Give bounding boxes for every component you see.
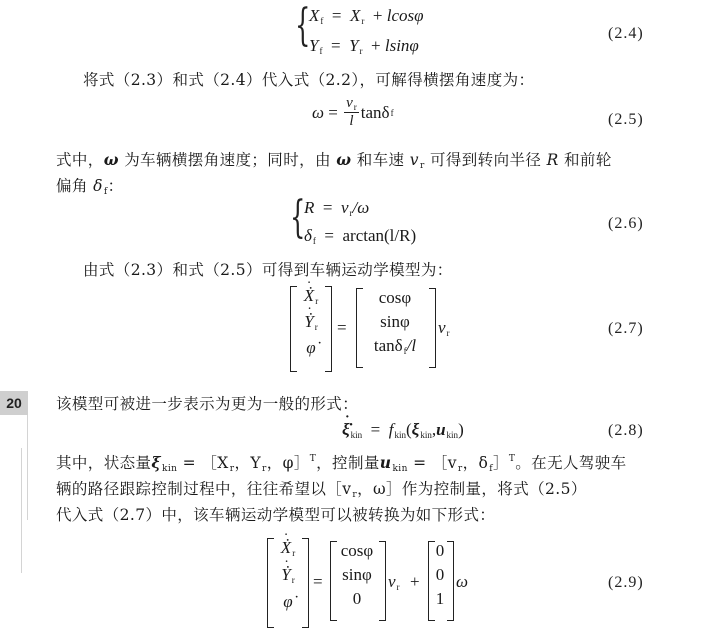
sub: r: [292, 575, 295, 585]
sub: kin: [162, 464, 177, 474]
text: 和前轮: [564, 151, 612, 169]
sub: r: [315, 296, 318, 306]
margin-line: [21, 448, 22, 573]
sub: kin: [351, 430, 363, 440]
xi: ξ: [412, 420, 420, 439]
sub: r: [354, 102, 357, 112]
y-dot: Ẏ: [304, 312, 313, 331]
sub: r: [361, 16, 364, 26]
equals: =: [331, 36, 341, 55]
right-bracket: [302, 538, 309, 628]
state-vector: Ẋr Ẏr φ̇: [273, 538, 303, 612]
eq-2-8: ξ̇kin = fkin(ξkin,ukin): [342, 420, 464, 440]
plus: +: [373, 6, 383, 25]
right-bracket: [379, 541, 386, 621]
paragraph-text: 代入式（2.7）中，该车辆运动学模型可以被转换为如下形式：: [56, 503, 495, 525]
paragraph-text: 将式（2.3）和式（2.4）代入式（2.2），可解得横摆角速度为：: [83, 68, 534, 90]
var: δ: [93, 177, 103, 195]
paragraph-text: 辆的路径跟踪控制过程中，往往希望以［vr，ω］作为控制量，将式（2.5）: [56, 477, 587, 500]
sub: f: [391, 108, 394, 118]
equation-number: (2.4): [608, 25, 644, 43]
text: ：: [108, 177, 124, 195]
sub: r: [420, 161, 425, 171]
one: 1: [436, 589, 445, 609]
text: ，ω］作为控制量，将式（2.5）: [357, 480, 587, 498]
paragraph-text: 偏角 δf：: [56, 174, 124, 197]
text: ，δ: [463, 454, 489, 472]
text: ，Y: [234, 454, 261, 472]
y-dot: Ẏ: [281, 565, 290, 584]
var: v: [438, 318, 446, 337]
sub: r: [292, 548, 295, 558]
text: 式中，: [56, 151, 104, 169]
text: ］: [493, 454, 509, 472]
var: δ: [304, 226, 312, 245]
cos-term: cosφ: [379, 288, 411, 308]
sub: r: [360, 46, 363, 56]
margin-line: [27, 415, 28, 520]
page-number-tab: 20: [0, 391, 28, 415]
zero: 0: [436, 541, 445, 561]
equals: =: [337, 318, 347, 338]
omega: ω: [104, 150, 119, 169]
equals: =: [323, 198, 333, 217]
sin-term: sinφ: [380, 312, 410, 332]
right-bracket: [325, 286, 332, 372]
sub: r: [315, 322, 318, 332]
paragraph-text: 其中，状态量ξkin = ［Xr，Yr，φ］T，控制量ukin = ［vr，δf…: [56, 451, 627, 474]
text: ，φ］: [267, 454, 310, 472]
sub: r: [447, 328, 450, 338]
eq-2-4-line1: Xf = Xr + lcosφ: [309, 6, 424, 26]
phi-dot: φ̇: [283, 592, 292, 612]
term: /l: [407, 336, 416, 355]
equation-number: (2.5): [608, 111, 644, 129]
tan-term: tanδ: [361, 103, 390, 123]
equals: =: [324, 226, 334, 245]
var: v: [388, 572, 396, 591]
sub: f: [320, 16, 323, 26]
var: Y: [309, 36, 318, 55]
var: Y: [349, 36, 358, 55]
equals: =: [371, 420, 381, 439]
fraction: vr l: [344, 96, 359, 130]
eq-2-6-line2: δf = arctan(l/R): [304, 226, 416, 246]
eq-2-4-line2: Yf = Yr + lsinφ: [309, 36, 419, 56]
text: ，控制量: [316, 454, 380, 472]
var: R: [547, 151, 559, 169]
zero: 0: [353, 589, 362, 609]
rhs-vector: cosφ sinφ tanδf/l: [360, 288, 430, 356]
paragraph-text: 式中，ω 为车辆横摆角速度；同时，由 ω 和车速 vr 可得到转向半径 R 和前…: [56, 148, 612, 171]
text: 为车辆横摆角速度；同时，由: [124, 151, 331, 169]
term: /ω: [353, 198, 370, 217]
text: 。在无人驾驶车: [515, 454, 626, 472]
sub: kin: [420, 430, 432, 440]
phi-dot: φ̇: [306, 338, 315, 358]
var: v: [341, 198, 349, 217]
right-bracket: [429, 288, 436, 368]
paragraph-text: 该模型可被进一步表示为更为一般的形式：: [56, 392, 358, 414]
right-bracket: [447, 541, 454, 621]
equation-number: (2.8): [608, 422, 644, 440]
text: = ［v: [408, 454, 457, 472]
tan-term: tanδ: [374, 336, 403, 355]
var: X: [350, 6, 360, 25]
omega: ω: [312, 103, 324, 123]
text: 辆的路径跟踪控制过程中，往往希望以［v: [56, 480, 351, 498]
var: v: [410, 151, 419, 169]
paragraph-text: 由式（2.3）和式（2.5）可得到车辆运动学模型为：: [83, 258, 453, 280]
text: 可得到转向半径: [430, 151, 541, 169]
equation-number: (2.7): [608, 320, 644, 338]
document-page: { Xf = Xr + lcosφ Yf = Yr + lsinφ (2.4) …: [0, 0, 719, 635]
sub: r: [397, 582, 400, 592]
sub: f: [319, 46, 322, 56]
rhs-vector-1: cosφ sinφ 0: [334, 541, 380, 609]
sin-term: sinφ: [342, 565, 372, 585]
term: lcosφ: [387, 6, 424, 25]
denominator: l: [349, 113, 353, 130]
xi-dot: ξ̇: [342, 420, 350, 439]
velocity: vr: [388, 572, 400, 592]
velocity: vr: [438, 318, 450, 338]
equals: =: [332, 6, 342, 25]
term: lsinφ: [385, 36, 419, 55]
omega: ω: [456, 572, 468, 592]
eq-2-6-line1: R = vr/ω: [304, 198, 369, 218]
u: u: [436, 420, 445, 439]
text: 其中，状态量: [56, 454, 151, 472]
equals: =: [328, 103, 338, 123]
sub: kin: [394, 430, 406, 440]
omega: ω: [336, 150, 351, 169]
equals: =: [313, 572, 323, 592]
cos-term: cosφ: [341, 541, 373, 561]
u: u: [380, 453, 392, 472]
equation-number: (2.9): [608, 574, 644, 592]
xi: ξ: [151, 453, 161, 472]
text: 偏角: [56, 177, 88, 195]
sub: kin: [447, 430, 459, 440]
term: arctan(l/R): [343, 226, 417, 245]
func: f: [389, 420, 394, 439]
numerator: v: [346, 95, 353, 111]
equation-number: (2.6): [608, 215, 644, 233]
var: R: [304, 198, 314, 217]
zero: 0: [436, 565, 445, 585]
rhs-vector-2: 0 0 1: [432, 541, 448, 609]
plus: +: [371, 36, 381, 55]
text: = ［X: [177, 454, 228, 472]
var: X: [309, 6, 319, 25]
sub: kin: [392, 464, 407, 474]
eq-2-5: ω = vr l tanδf: [312, 96, 394, 130]
text: 和车速: [357, 151, 405, 169]
state-vector: Ẋr Ẏr φ̇: [296, 286, 326, 358]
sub: f: [313, 236, 316, 246]
plus: +: [410, 572, 420, 592]
